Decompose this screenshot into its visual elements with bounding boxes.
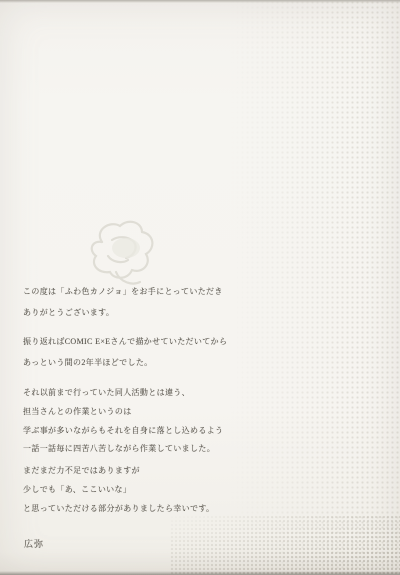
afterword-line: あっという間の2年半ほどでした。 <box>23 353 227 374</box>
afterword-line: 担当さんとの作業というのは <box>23 403 223 422</box>
afterword-paragraph-2: 振り返ればCOMIC E×Eさんで描かせていただいてから あっという間の2年半ほ… <box>23 332 227 373</box>
afterword-line: 少しでも「あ、ここいいな」 <box>23 481 214 500</box>
afterword-line: と思っていただける部分がありましたら幸いです。 <box>23 500 214 519</box>
afterword-line: この度は「ふわ色カノジョ」をお手にとっていただき <box>23 282 223 303</box>
afterword-paragraph-1: この度は「ふわ色カノジョ」をお手にとっていただき ありがとうございます。 <box>23 282 223 323</box>
afterword-line: 振り返ればCOMIC E×Eさんで描かせていただいてから <box>23 332 227 353</box>
page-bottom-edge <box>0 571 400 575</box>
afterword-paragraph-4: まだまだ力不足ではありますが 少しでも「あ、ここいいな」 と思っていただける部分… <box>23 462 214 518</box>
afterword-line: それ以前まで行っていた同人活動とは違う、 <box>23 384 223 403</box>
afterword-text: この度は「ふわ色カノジョ」をお手にとっていただき ありがとうございます。 振り返… <box>0 0 400 575</box>
afterword-line: ありがとうございます。 <box>23 303 223 324</box>
afterword-line: まだまだ力不足ではありますが <box>23 462 214 481</box>
author-signature: 広弥 <box>24 537 44 550</box>
scanned-afterword-page: この度は「ふわ色カノジョ」をお手にとっていただき ありがとうございます。 振り返… <box>0 0 400 575</box>
afterword-line: 学ぶ事が多いながらもそれを自身に落とし込めるよう <box>23 422 223 441</box>
afterword-line: 一話一話毎に四苦八苦しながら作業していました。 <box>23 440 223 459</box>
afterword-paragraph-3: それ以前まで行っていた同人活動とは違う、 担当さんとの作業というのは 学ぶ事が多… <box>23 384 223 459</box>
